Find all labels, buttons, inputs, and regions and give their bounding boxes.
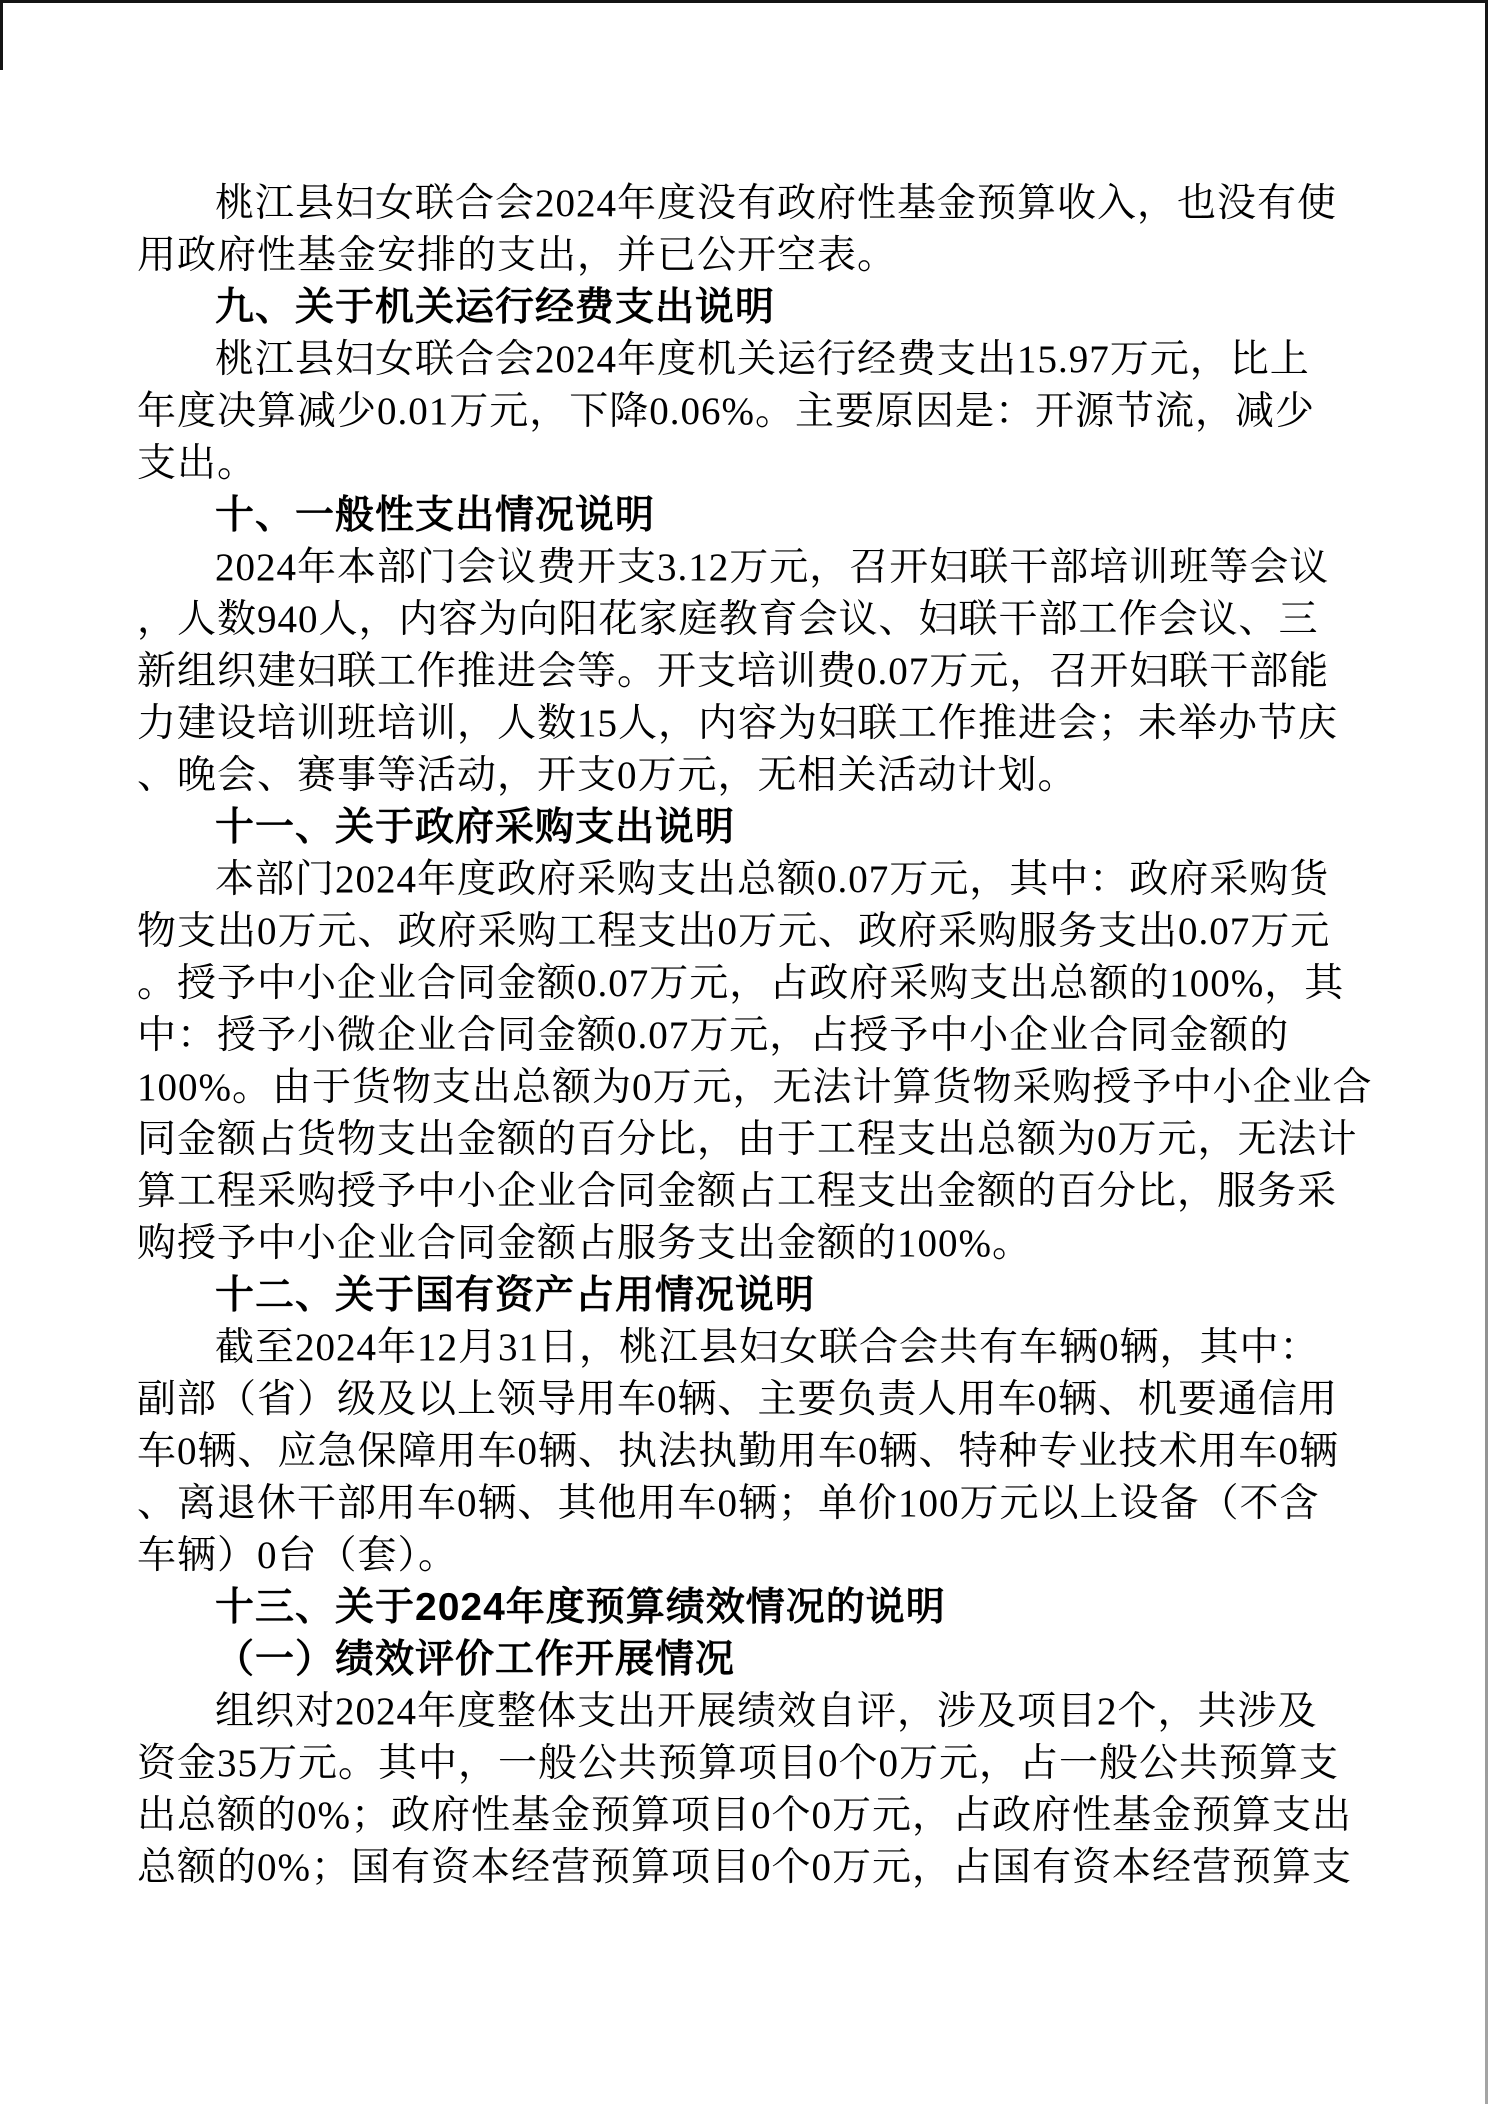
text-line: 本部门2024年度政府采购支出总额0.07万元，其中：政府采购货: [137, 854, 1437, 906]
section-heading: 十、一般性支出情况说明: [137, 490, 1437, 542]
document-page: 桃江县妇女联合会2024年度没有政府性基金预算收入，也没有使用政府性基金安排的支…: [0, 0, 1488, 2104]
text-line: 力建设培训班培训，人数15人，内容为妇联工作推进会；未举办节庆: [137, 698, 1437, 750]
text-line: 2024年本部门会议费开支3.12万元，召开妇联干部培训班等会议: [137, 542, 1437, 594]
page-edge-left: [0, 0, 3, 70]
text-line: 购授予中小企业合同金额占服务支出金额的100%。: [137, 1218, 1437, 1270]
text-line: 、晚会、赛事等活动，开支0万元，无相关活动计划。: [137, 750, 1437, 802]
text-line: 副部（省）级及以上领导用车0辆、主要负责人用车0辆、机要通信用: [137, 1374, 1437, 1426]
text-line: 物支出0万元、政府采购工程支出0万元、政府采购服务支出0.07万元: [137, 906, 1437, 958]
text-line: 总额的0%；国有资本经营预算项目0个0万元，占国有资本经营预算支: [137, 1842, 1437, 1894]
text-line: ，人数940人，内容为向阳花家庭教育会议、妇联干部工作会议、三: [137, 594, 1437, 646]
text-line: 支出。: [137, 438, 1437, 490]
text-line: 资金35万元。其中，一般公共预算项目0个0万元，占一般公共预算支: [137, 1738, 1437, 1790]
text-line: 100%。由于货物支出总额为0万元，无法计算货物采购授予中小企业合: [137, 1062, 1437, 1114]
text-line: 用政府性基金安排的支出，并已公开空表。: [137, 230, 1437, 282]
text-line: 、离退休干部用车0辆、其他用车0辆；单价100万元以上设备（不含: [137, 1478, 1437, 1530]
text-line: 新组织建妇联工作推进会等。开支培训费0.07万元，召开妇联干部能: [137, 646, 1437, 698]
page-edge-top: [0, 0, 1488, 3]
document-content: 桃江县妇女联合会2024年度没有政府性基金预算收入，也没有使用政府性基金安排的支…: [137, 178, 1437, 1894]
section-heading: 九、关于机关运行经费支出说明: [137, 282, 1437, 334]
text-line: 车0辆、应急保障用车0辆、执法执勤用车0辆、特种专业技术用车0辆: [137, 1426, 1437, 1478]
text-line: 中：授予小微企业合同金额0.07万元，占授予中小企业合同金额的: [137, 1010, 1437, 1062]
text-line: 出总额的0%；政府性基金预算项目0个0万元，占政府性基金预算支出: [137, 1790, 1437, 1842]
section-heading: 十三、关于2024年度预算绩效情况的说明: [137, 1582, 1437, 1634]
section-heading: 十一、关于政府采购支出说明: [137, 802, 1437, 854]
text-line: 车辆）0台（套）。: [137, 1530, 1437, 1582]
text-line: 。授予中小企业合同金额0.07万元，占政府采购支出总额的100%，其: [137, 958, 1437, 1010]
text-line: 算工程采购授予中小企业合同金额占工程支出金额的百分比，服务采: [137, 1166, 1437, 1218]
text-line: 桃江县妇女联合会2024年度没有政府性基金预算收入，也没有使: [137, 178, 1437, 230]
text-line: 桃江县妇女联合会2024年度机关运行经费支出15.97万元，比上: [137, 334, 1437, 386]
text-line: 截至2024年12月31日，桃江县妇女联合会共有车辆0辆，其中：: [137, 1322, 1437, 1374]
text-line: 同金额占货物支出金额的百分比，由于工程支出总额为0万元，无法计: [137, 1114, 1437, 1166]
text-line: 年度决算减少0.01万元，下降0.06%。主要原因是：开源节流，减少: [137, 386, 1437, 438]
text-line: 组织对2024年度整体支出开展绩效自评，涉及项目2个，共涉及: [137, 1686, 1437, 1738]
section-heading: （一）绩效评价工作开展情况: [137, 1634, 1437, 1686]
section-heading: 十二、关于国有资产占用情况说明: [137, 1270, 1437, 1322]
